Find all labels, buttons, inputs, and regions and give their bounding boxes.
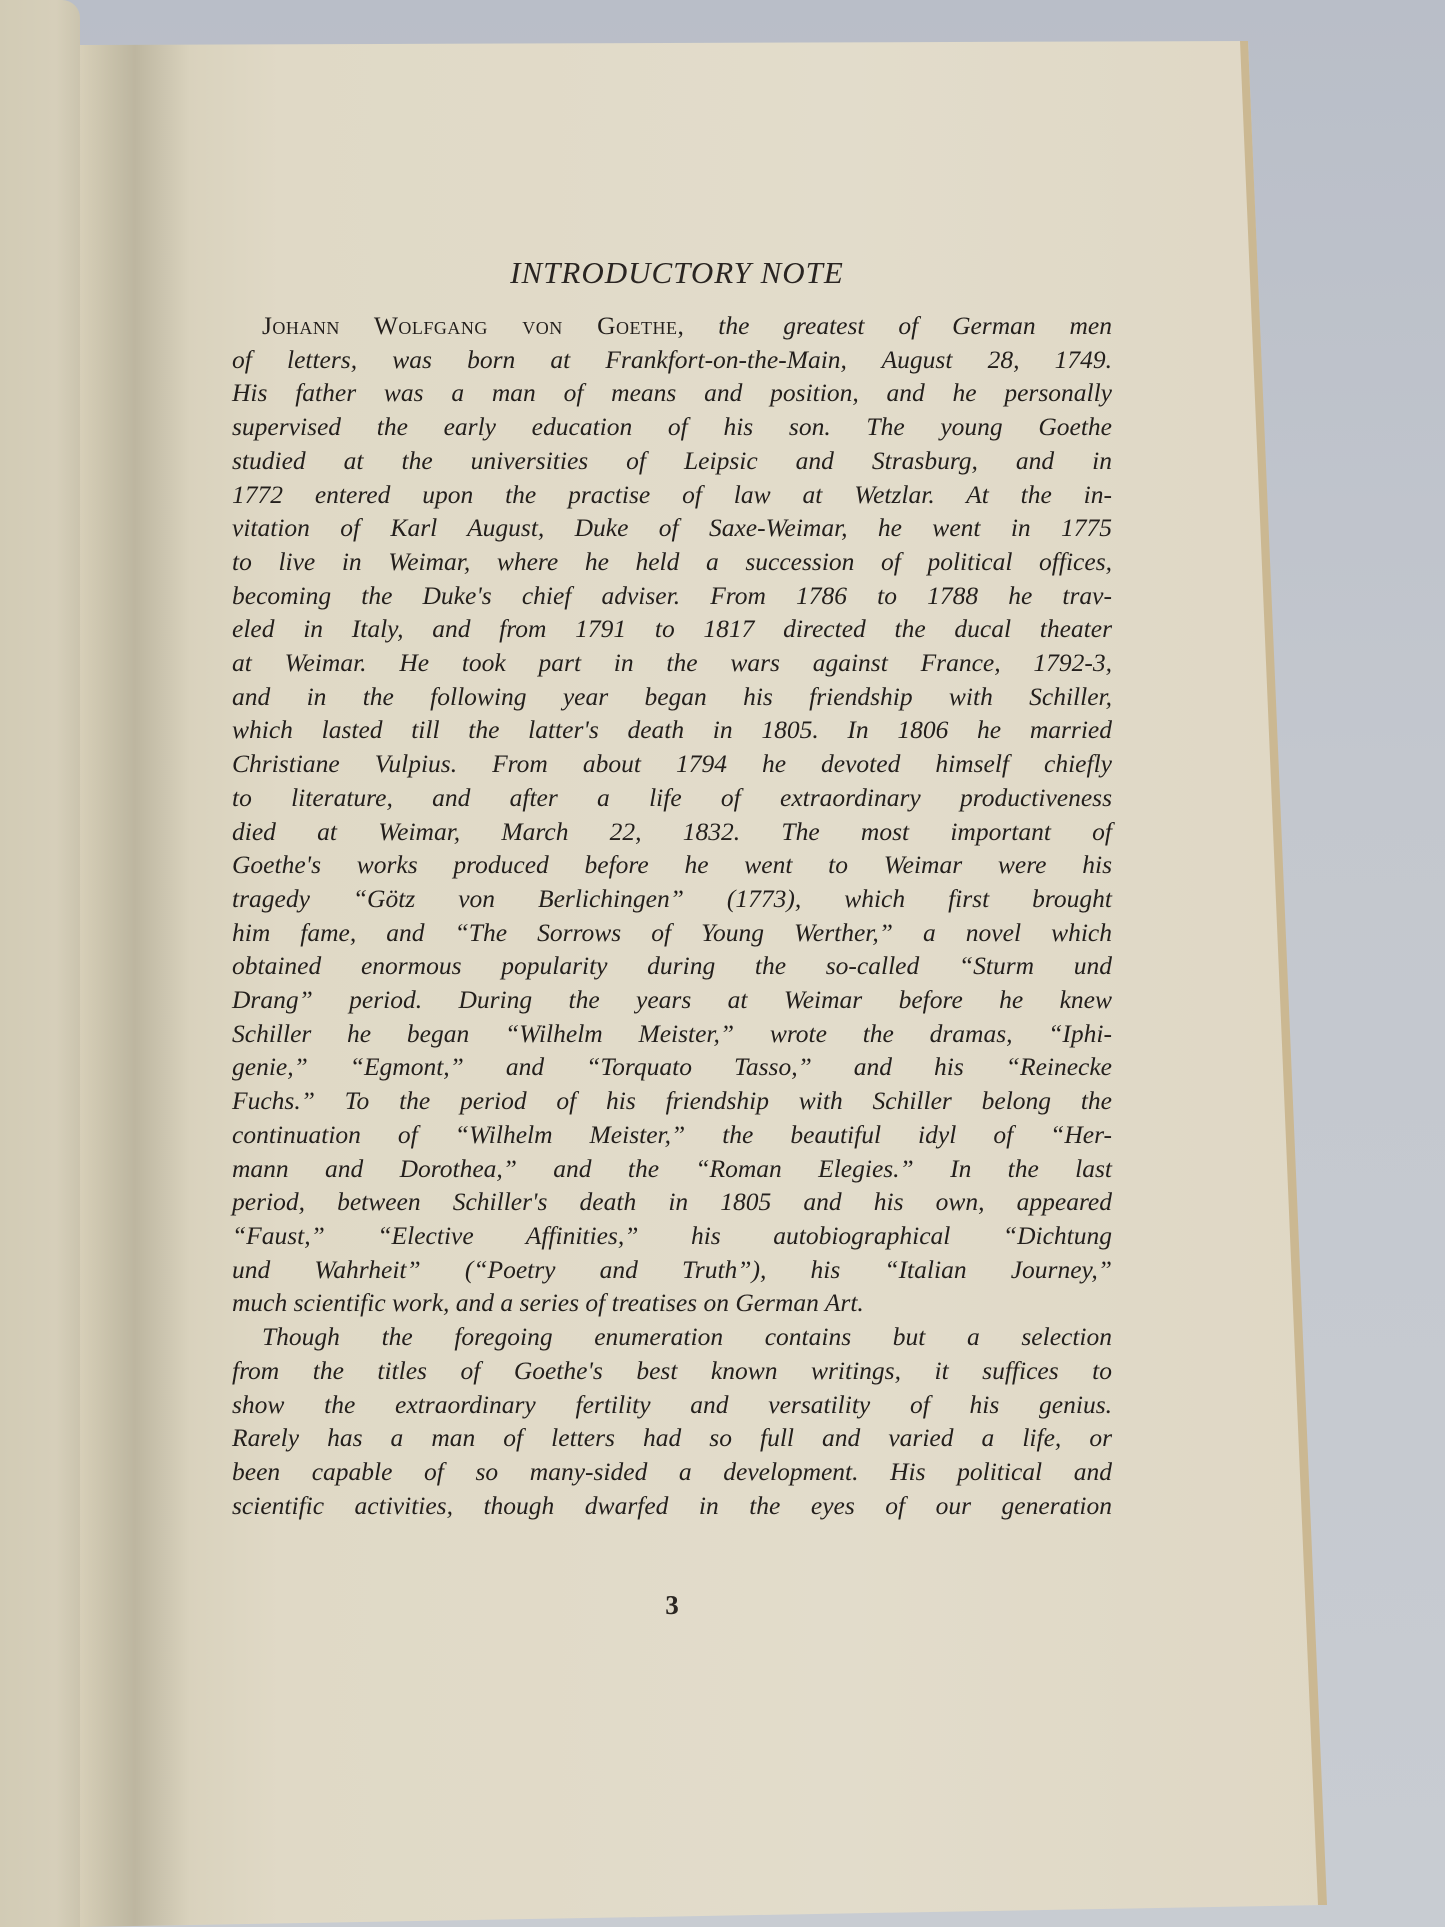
text-line: to live in Weimar, where he held a succe…	[232, 545, 1112, 579]
page-number: 3	[232, 1590, 1112, 1621]
text-line: genie,” “Egmont,” and “Torquato Tasso,” …	[232, 1050, 1112, 1084]
text-line: “Faust,” “Elective Affinities,” his auto…	[232, 1219, 1112, 1253]
text-line: to literature, and after a life of extra…	[232, 781, 1112, 815]
previous-page-edge	[0, 0, 80, 1927]
text-line: vitation of Karl August, Duke of Saxe-We…	[232, 511, 1112, 545]
text-line: show the extraordinary fertility and ver…	[232, 1388, 1112, 1422]
text-line: period, between Schiller's death in 1805…	[232, 1185, 1112, 1219]
text-line: Goethe's works produced before he went t…	[232, 848, 1112, 882]
text-line: and in the following year began his frie…	[232, 680, 1112, 714]
text-line: continuation of “Wilhelm Meister,” the b…	[232, 1118, 1112, 1152]
text-line: becoming the Duke's chief adviser. From …	[232, 579, 1112, 613]
author-name: Johann Wolfgang von Goethe,	[262, 311, 684, 340]
text-line: Johann Wolfgang von Goethe, the greatest…	[232, 309, 1112, 343]
text-line: much scientific work, and a series of tr…	[232, 1286, 1112, 1320]
text-line: Schiller he began “Wilhelm Meister,” wro…	[232, 1017, 1112, 1051]
text-line: Though the foregoing enumeration contain…	[232, 1320, 1112, 1354]
text-line: Fuchs.” To the period of his friendship …	[232, 1084, 1112, 1118]
text-line: of letters, was born at Frankfort-on-the…	[232, 343, 1112, 377]
paragraph-2: Though the foregoing enumeration contain…	[232, 1320, 1112, 1522]
text-line: mann and Dorothea,” and the “Roman Elegi…	[232, 1152, 1112, 1186]
text-line: died at Weimar, March 22, 1832. The most…	[232, 815, 1112, 849]
text-line: tragedy “Götz von Berlichingen” (1773), …	[232, 882, 1112, 916]
text-line: und Wahrheit” (“Poetry and Truth”), his …	[232, 1253, 1112, 1287]
text-line: which lasted till the latter's death in …	[232, 713, 1112, 747]
text-line: Rarely has a man of letters had so full …	[232, 1421, 1112, 1455]
text-line: Drang” period. During the years at Weima…	[232, 983, 1112, 1017]
text-line: Christiane Vulpius. From about 1794 he d…	[232, 747, 1112, 781]
text-line: been capable of so many-sided a developm…	[232, 1455, 1112, 1489]
text-line: 1772 entered upon the practise of law at…	[232, 478, 1112, 512]
body-text: Johann Wolfgang von Goethe, the greatest…	[232, 309, 1112, 1522]
text-line: at Weimar. He took part in the wars agai…	[232, 646, 1112, 680]
text-line: studied at the universities of Leipsic a…	[232, 444, 1112, 478]
text-line: obtained enormous popularity during the …	[232, 949, 1112, 983]
page-title: INTRODUCTORY NOTE	[242, 255, 1112, 291]
text-line: him fame, and “The Sorrows of Young Wert…	[232, 916, 1112, 950]
text-line: eled in Italy, and from 1791 to 1817 dir…	[232, 612, 1112, 646]
text-line: supervised the early education of his so…	[232, 410, 1112, 444]
text-line: scientific activities, though dwarfed in…	[232, 1489, 1112, 1523]
text-line: His father was a man of means and positi…	[232, 376, 1112, 410]
text-line: from the titles of Goethe's best known w…	[232, 1354, 1112, 1388]
paragraph-1: Johann Wolfgang von Goethe, the greatest…	[232, 309, 1112, 1320]
page-content: INTRODUCTORY NOTE Johann Wolfgang von Go…	[232, 255, 1112, 1522]
